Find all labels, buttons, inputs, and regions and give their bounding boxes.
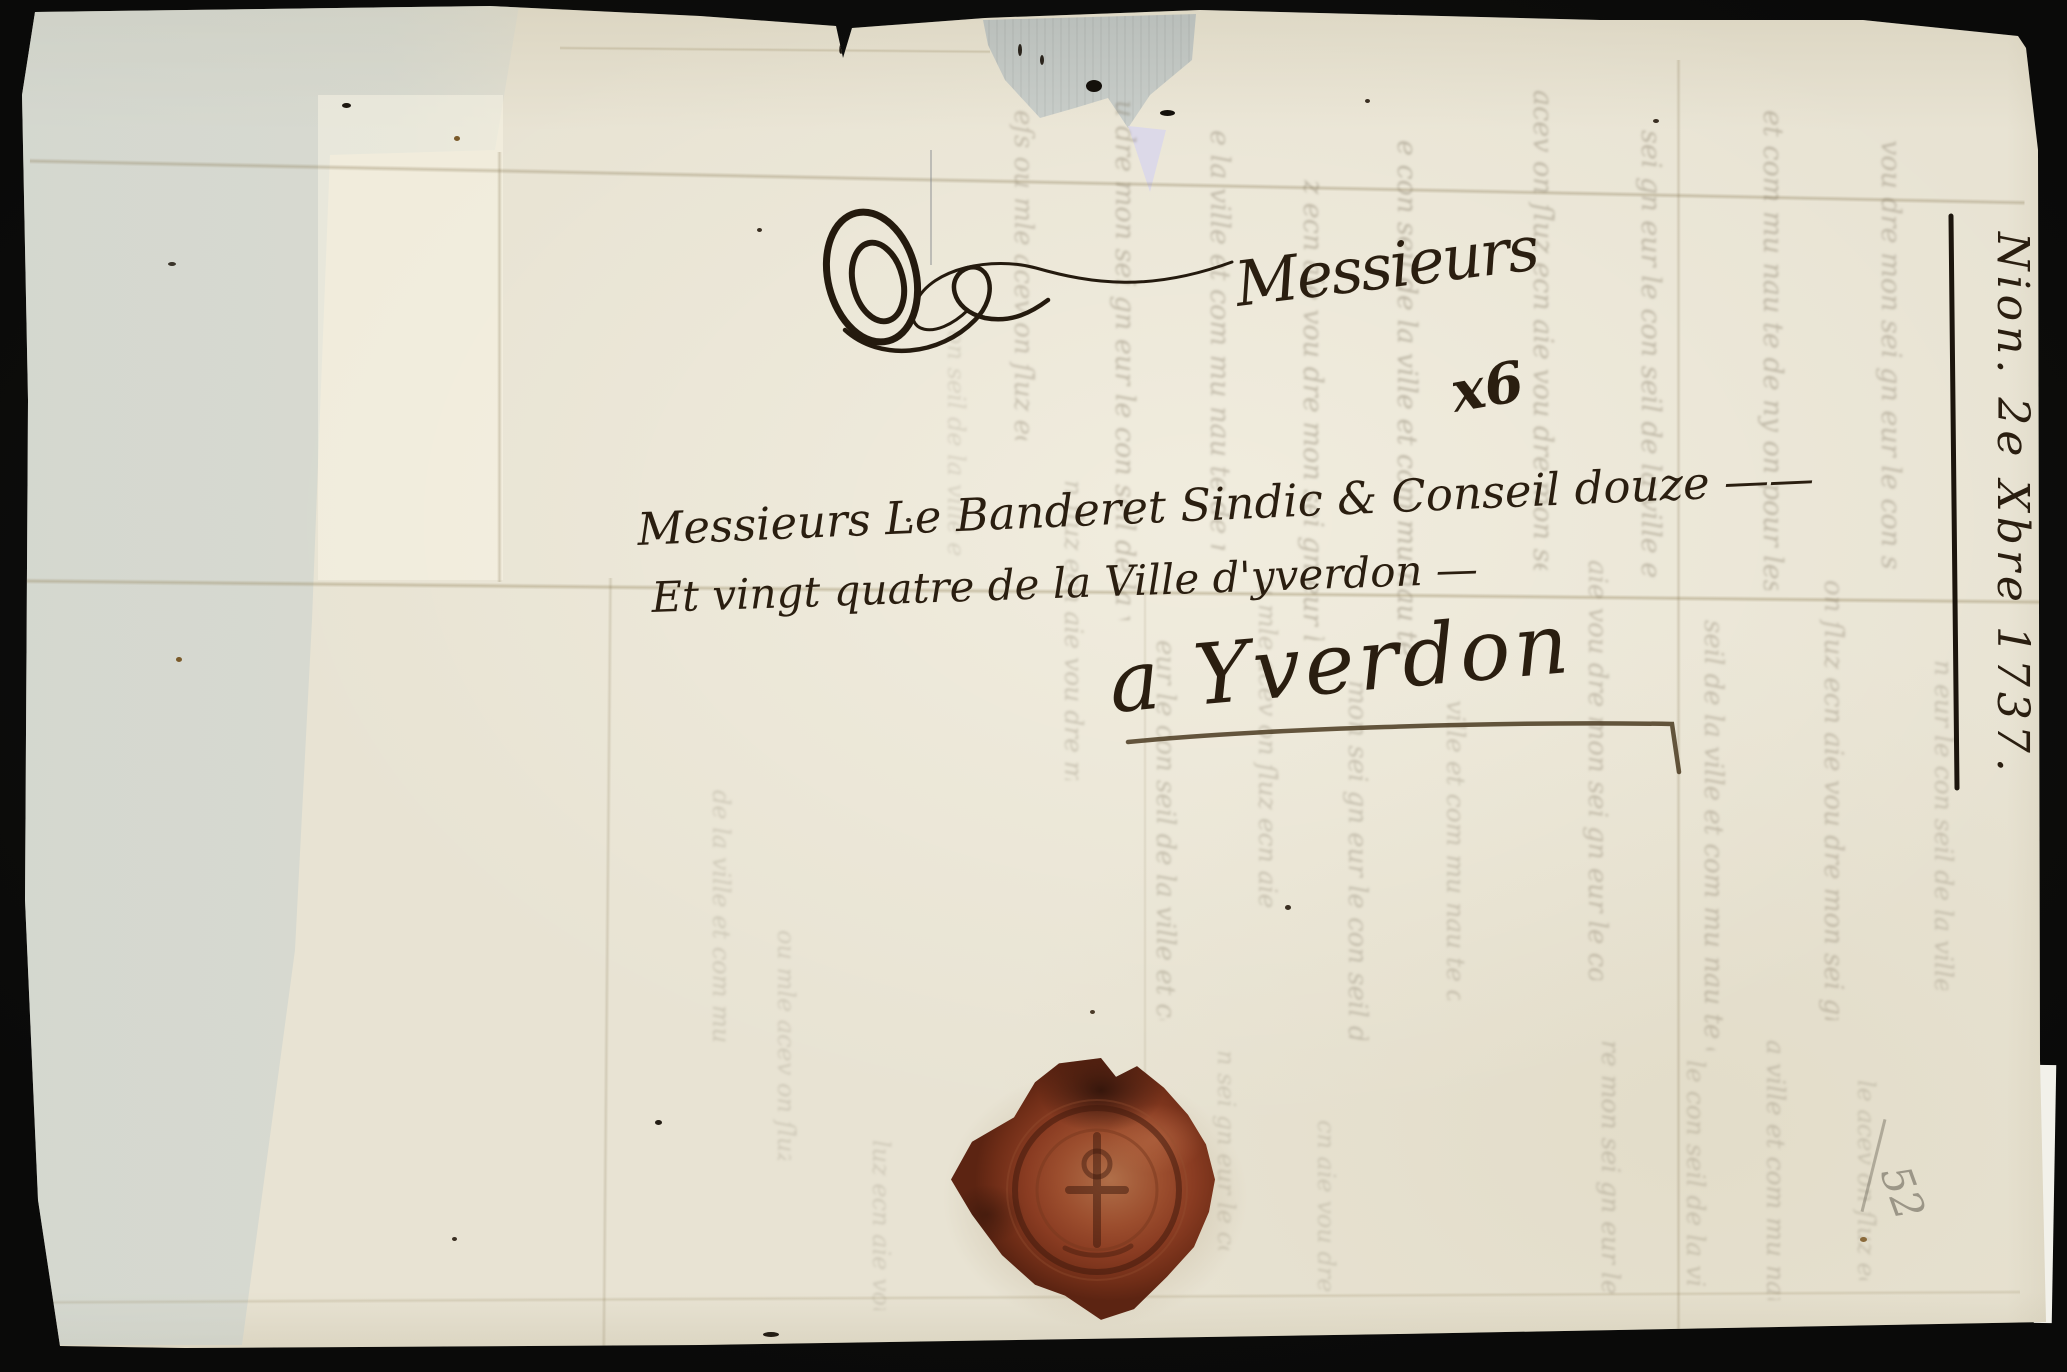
- paper-speck: [176, 657, 182, 662]
- paper-speck: [1860, 1237, 1867, 1242]
- paper-speck: [342, 103, 351, 108]
- address-line-2: Et vingt quatre de la Ville d'yverdon —: [650, 544, 1479, 622]
- paper-speck: [1090, 1010, 1095, 1014]
- postal-rate-mark: x6: [1445, 348, 1529, 426]
- salutation-text: Messieurs: [1230, 211, 1542, 321]
- paper-speck: [1086, 80, 1102, 92]
- docket-text: Nion. 2e Xbre 1737.: [1987, 231, 2038, 777]
- scan-background: eſs ou mle acev on ſluz ecn ain ſluz ecn…: [0, 0, 2067, 1372]
- docket-rule: [1951, 216, 1957, 788]
- ornamental-a-flourish: [813, 202, 1232, 351]
- paper-speck: [906, 518, 911, 522]
- address-line-1: Messieurs Le Banderet Sindic & Conseil d…: [635, 452, 1815, 556]
- paper-speck: [1040, 55, 1044, 65]
- destination-underline: [1128, 723, 1679, 772]
- paper-speck: [1365, 99, 1370, 103]
- letter-paper: eſs ou mle acev on ſluz ecn ain ſluz ecn…: [0, 0, 2067, 1372]
- paper-speck: [1018, 44, 1022, 56]
- paper-speck: [454, 136, 460, 141]
- paper-speck: [1285, 905, 1291, 910]
- paper-speck: [168, 262, 176, 266]
- paper-speck: [1653, 119, 1659, 123]
- paper-speck: [757, 228, 762, 232]
- wax-seal: [945, 1058, 1245, 1328]
- destination-text: a Yverdon: [1105, 594, 1576, 732]
- paper-speck: [30, 1190, 36, 1200]
- paper-speck: [452, 1237, 457, 1241]
- paper-speck: [655, 1120, 662, 1125]
- paper-speck: [1160, 110, 1175, 116]
- paper-speck: [763, 1332, 779, 1337]
- seal-emboss: [945, 1058, 1245, 1328]
